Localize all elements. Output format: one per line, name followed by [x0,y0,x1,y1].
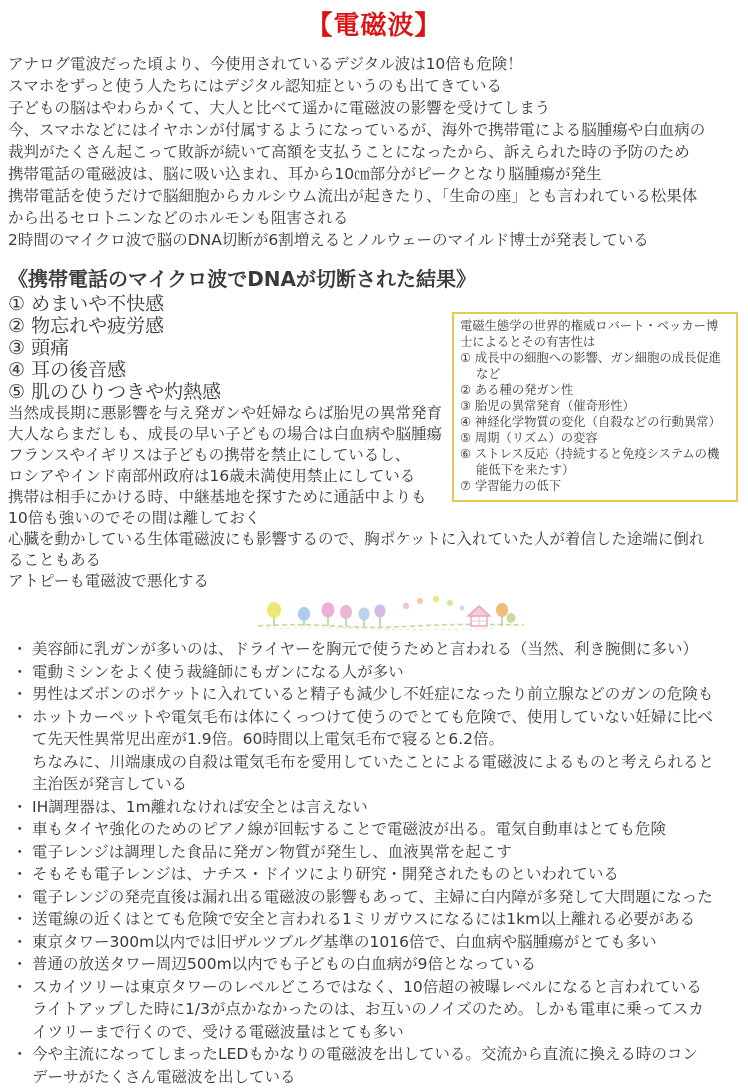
intro-line: 裁判がたくさん起こって敗訴が続いて高額を支払うことになったから、訴えられた時の予… [8,141,740,163]
harm-box-item: ⑥ ストレス反応（持続すると免疫システムの機能低下を来たす） [460,446,730,478]
bullet-marker: ・ [12,683,28,706]
bullet-text: 東京タワー300m以内では旧ザルツブルグ基準の1016倍で、白血病や脳腫瘍がとて… [32,933,657,951]
bullet-item: ・ 送電線の近くはとても危険で安全と言われる1ミリガウスになるには1km以上離れ… [8,908,740,931]
bullet-marker: ・ [12,1043,28,1066]
document-page: 【電磁波】 アナログ電波だった頃より、今使用されているデジタル波は10倍も危険！… [0,0,748,1089]
bullet-text: 美容師に乳ガンが多いのは、ドライヤーを胸元で使うためと言われる（当然、利き腕側に… [32,640,698,658]
bullet-marker: ・ [12,931,28,954]
bullet-marker: ・ [12,976,28,999]
bullet-item: ・ スカイツリーは東京タワーのレベルどころではなく、10倍超の被曝レベルになると… [8,976,740,999]
intro-line: 携帯電話の電磁波は、脳に吸い込まれ、耳から10㎝部分がピークとなり脳腫瘍が発生 [8,163,740,185]
intro-line: 今、スマホなどにはイヤホンが付属するようになっているが、海外で携帯電による脳腫瘍… [8,119,740,141]
bullet-text: 車もタイヤ強化のためのピアノ線が回転することで電磁波が出る。電気自動車はとても危… [32,820,666,838]
bullet-text: ライトアップした時に1/3が点かなかったのは、お互いのノイズのため。しかも電車に… [32,1000,704,1018]
paragraph-line: 心臓を動かしている生体電磁波にも影響するので、胸ポケットに入れていた人が着信した… [8,529,740,550]
bullet-item-continuation: 主治医が発言している [8,773,740,796]
harm-box-item: ⑤ 周期（リズム）の変容 [460,430,730,446]
bullet-text: 電動ミシンをよく使う裁縫師にもガンになる人が多い [32,663,404,681]
intro-line: から出るセロトニンなどのホルモンも阻害される [8,207,740,229]
bullet-text: 送電線の近くはとても危険で安全と言われる1ミリガウスになるには1km以上離れる必… [32,910,695,928]
bullet-marker: ・ [12,841,28,864]
paragraph-line: 10倍も強いのでその間は離しておく [8,508,740,529]
paragraph-line: アトピーも電磁波で悪化する [8,571,740,592]
garden-illustration-svg [256,594,526,634]
bullet-item: ・ 美容師に乳ガンが多いのは、ドライヤーを胸元で使うためと言われる（当然、利き腕… [8,638,740,661]
bullet-marker: ・ [12,818,28,841]
paragraph-full: 心臓を動かしている生体電磁波にも影響するので、胸ポケットに入れていた人が着信した… [8,529,740,592]
bullet-text: て先天性異常児出産が1.9倍。60時間以上電気毛布で寝ると6.2倍。 [32,730,504,748]
bullet-item: ・ 電動ミシンをよく使う裁縫師にもガンになる人が多い [8,661,740,684]
bullet-marker: ・ [12,796,28,819]
bullet-item-continuation: イツリーまで行くので、受ける電磁波量はとても多い [8,1021,740,1044]
paragraph-line: ることもある [8,550,740,571]
bullet-item-continuation: て先天性異常児出産が1.9倍。60時間以上電気毛布で寝ると6.2倍。 [8,728,740,751]
bullet-text: スカイツリーは東京タワーのレベルどころではなく、10倍超の被曝レベルになると言わ… [32,978,702,996]
harm-box-item: ④ 神経化学物質の変化（自殺などの行動異常） [460,414,730,430]
bullet-marker: ・ [12,953,28,976]
intro-line: 2時間のマイクロ波で脳のDNA切断が6割増えるとノルウェーのマイルド博士が発表し… [8,229,740,251]
intro-line: 子どもの脳はやわらかくて、大人と比べて遥かに電磁波の影響を受けてしまう [8,97,740,119]
bullet-list: ・ 美容師に乳ガンが多いのは、ドライヤーを胸元で使うためと言われる（当然、利き腕… [8,638,740,1088]
bullet-text: IH調理器は、1m離れなければ安全とは言えない [32,798,368,816]
harm-box-item: ③ 胎児の異常発育（催奇形性） [460,398,730,414]
intro-line: スマホをずっと使う人たちにはデジタル認知症というのも出てきている [8,75,740,97]
bullet-text: ホットカーペットや電気毛布は体にくっつけて使うのでとても危険で、使用していない妊… [32,708,713,726]
harm-box: 電磁生態学の世界的権威ロバート・ベッカー博士によるとその有害性は ① 成長中の細… [452,312,738,502]
bullet-text: 男性はズボンのポケットに入れていると精子も減少し不妊症になったり前立腺などのガン… [32,685,713,703]
bullet-text: ちなみに、川端康成の自殺は電気毛布を愛用していたことによる電磁波によるものと考え… [32,753,714,771]
bullet-item: ・ 電子レンジは調理した食品に発ガン物質が発生し、血液異常を起こす [8,841,740,864]
bullet-item: ・ 東京タワー300m以内では旧ザルツブルグ基準の1016倍で、白血病や脳腫瘍が… [8,931,740,954]
dna-section: 《携帯電話のマイクロ波でDNAが切断された結果》 ① めまいや不快感 ② 物忘れ… [8,265,740,592]
intro-line: アナログ電波だった頃より、今使用されているデジタル波は10倍も危険！ [8,53,740,75]
bullet-marker: ・ [12,908,28,931]
bullet-marker: ・ [12,661,28,684]
intro-paragraph: アナログ電波だった頃より、今使用されているデジタル波は10倍も危険！ スマホをず… [8,53,740,251]
bullet-marker: ・ [12,706,28,729]
bullet-item: ・ 電子レンジの発売直後は漏れ出る電磁波の影響もあって、主婦に白内障が多発して大… [8,886,740,909]
bullet-item: ・ そもそも電子レンジは、ナチス・ドイツにより研究・開発されたものといわれている [8,863,740,886]
bullet-item: ・ ホットカーペットや電気毛布は体にくっつけて使うのでとても危険で、使用していな… [8,706,740,729]
bullet-marker: ・ [12,638,28,661]
bullet-item: ・ 車もタイヤ強化のためのピアノ線が回転することで電磁波が出る。電気自動車はとて… [8,818,740,841]
page-title: 【電磁波】 [8,8,740,44]
bullet-text: 主治医が発言している [32,775,187,793]
harm-box-item: ⑦ 学習能力の低下 [460,478,730,494]
bullet-item: ・ 今や主流になってしまったLEDもかなりの電磁波を出している。交流から直流に換… [8,1043,740,1066]
bullet-text: 電子レンジは調理した食品に発ガン物質が発生し、血液異常を起こす [32,843,512,861]
bullet-item: ・ 男性はズボンのポケットに入れていると精子も減少し不妊症になったり前立腺などの… [8,683,740,706]
bullet-text: デーサがたくさん電磁波を出している [32,1068,296,1086]
harm-box-intro: 電磁生態学の世界的権威ロバート・ベッカー博士によるとその有害性は [460,318,730,350]
harm-box-item: ① 成長中の細胞への影響、ガン細胞の成長促進など [460,350,730,382]
bullet-marker: ・ [12,863,28,886]
intro-line: 携帯電話を使うだけで脳細胞からカルシウム流出が起きたり、「生命の座」とも言われて… [8,185,740,207]
bullet-text: 今や主流になってしまったLEDもかなりの電磁波を出している。交流から直流に換える… [32,1045,698,1063]
bullet-item-continuation: ライトアップした時に1/3が点かなかったのは、お互いのノイズのため。しかも電車に… [8,998,740,1021]
bullet-marker: ・ [12,886,28,909]
section-heading: 《携帯電話のマイクロ波でDNAが切断された結果》 [8,265,740,293]
garden-illustration-image [256,594,740,634]
bullet-item-continuation: デーサがたくさん電磁波を出している [8,1066,740,1089]
harm-box-item: ② ある種の発ガン性 [460,382,730,398]
bullet-text: そもそも電子レンジは、ナチス・ドイツにより研究・開発されたものといわれている [32,865,619,883]
bullet-item: ・ IH調理器は、1m離れなければ安全とは言えない [8,796,740,819]
bullet-text: イツリーまで行くので、受ける電磁波量はとても多い [32,1023,404,1041]
bullet-item: ・ 普通の放送タワー周辺500m以内でも子どもの白血病が9倍となっている [8,953,740,976]
bullet-item-continuation: ちなみに、川端康成の自殺は電気毛布を愛用していたことによる電磁波によるものと考え… [8,751,740,774]
bullet-text: 普通の放送タワー周辺500m以内でも子どもの白血病が9倍となっている [32,955,536,973]
bullet-text: 電子レンジの発売直後は漏れ出る電磁波の影響もあって、主婦に白内障が多発して大問題… [32,888,713,906]
